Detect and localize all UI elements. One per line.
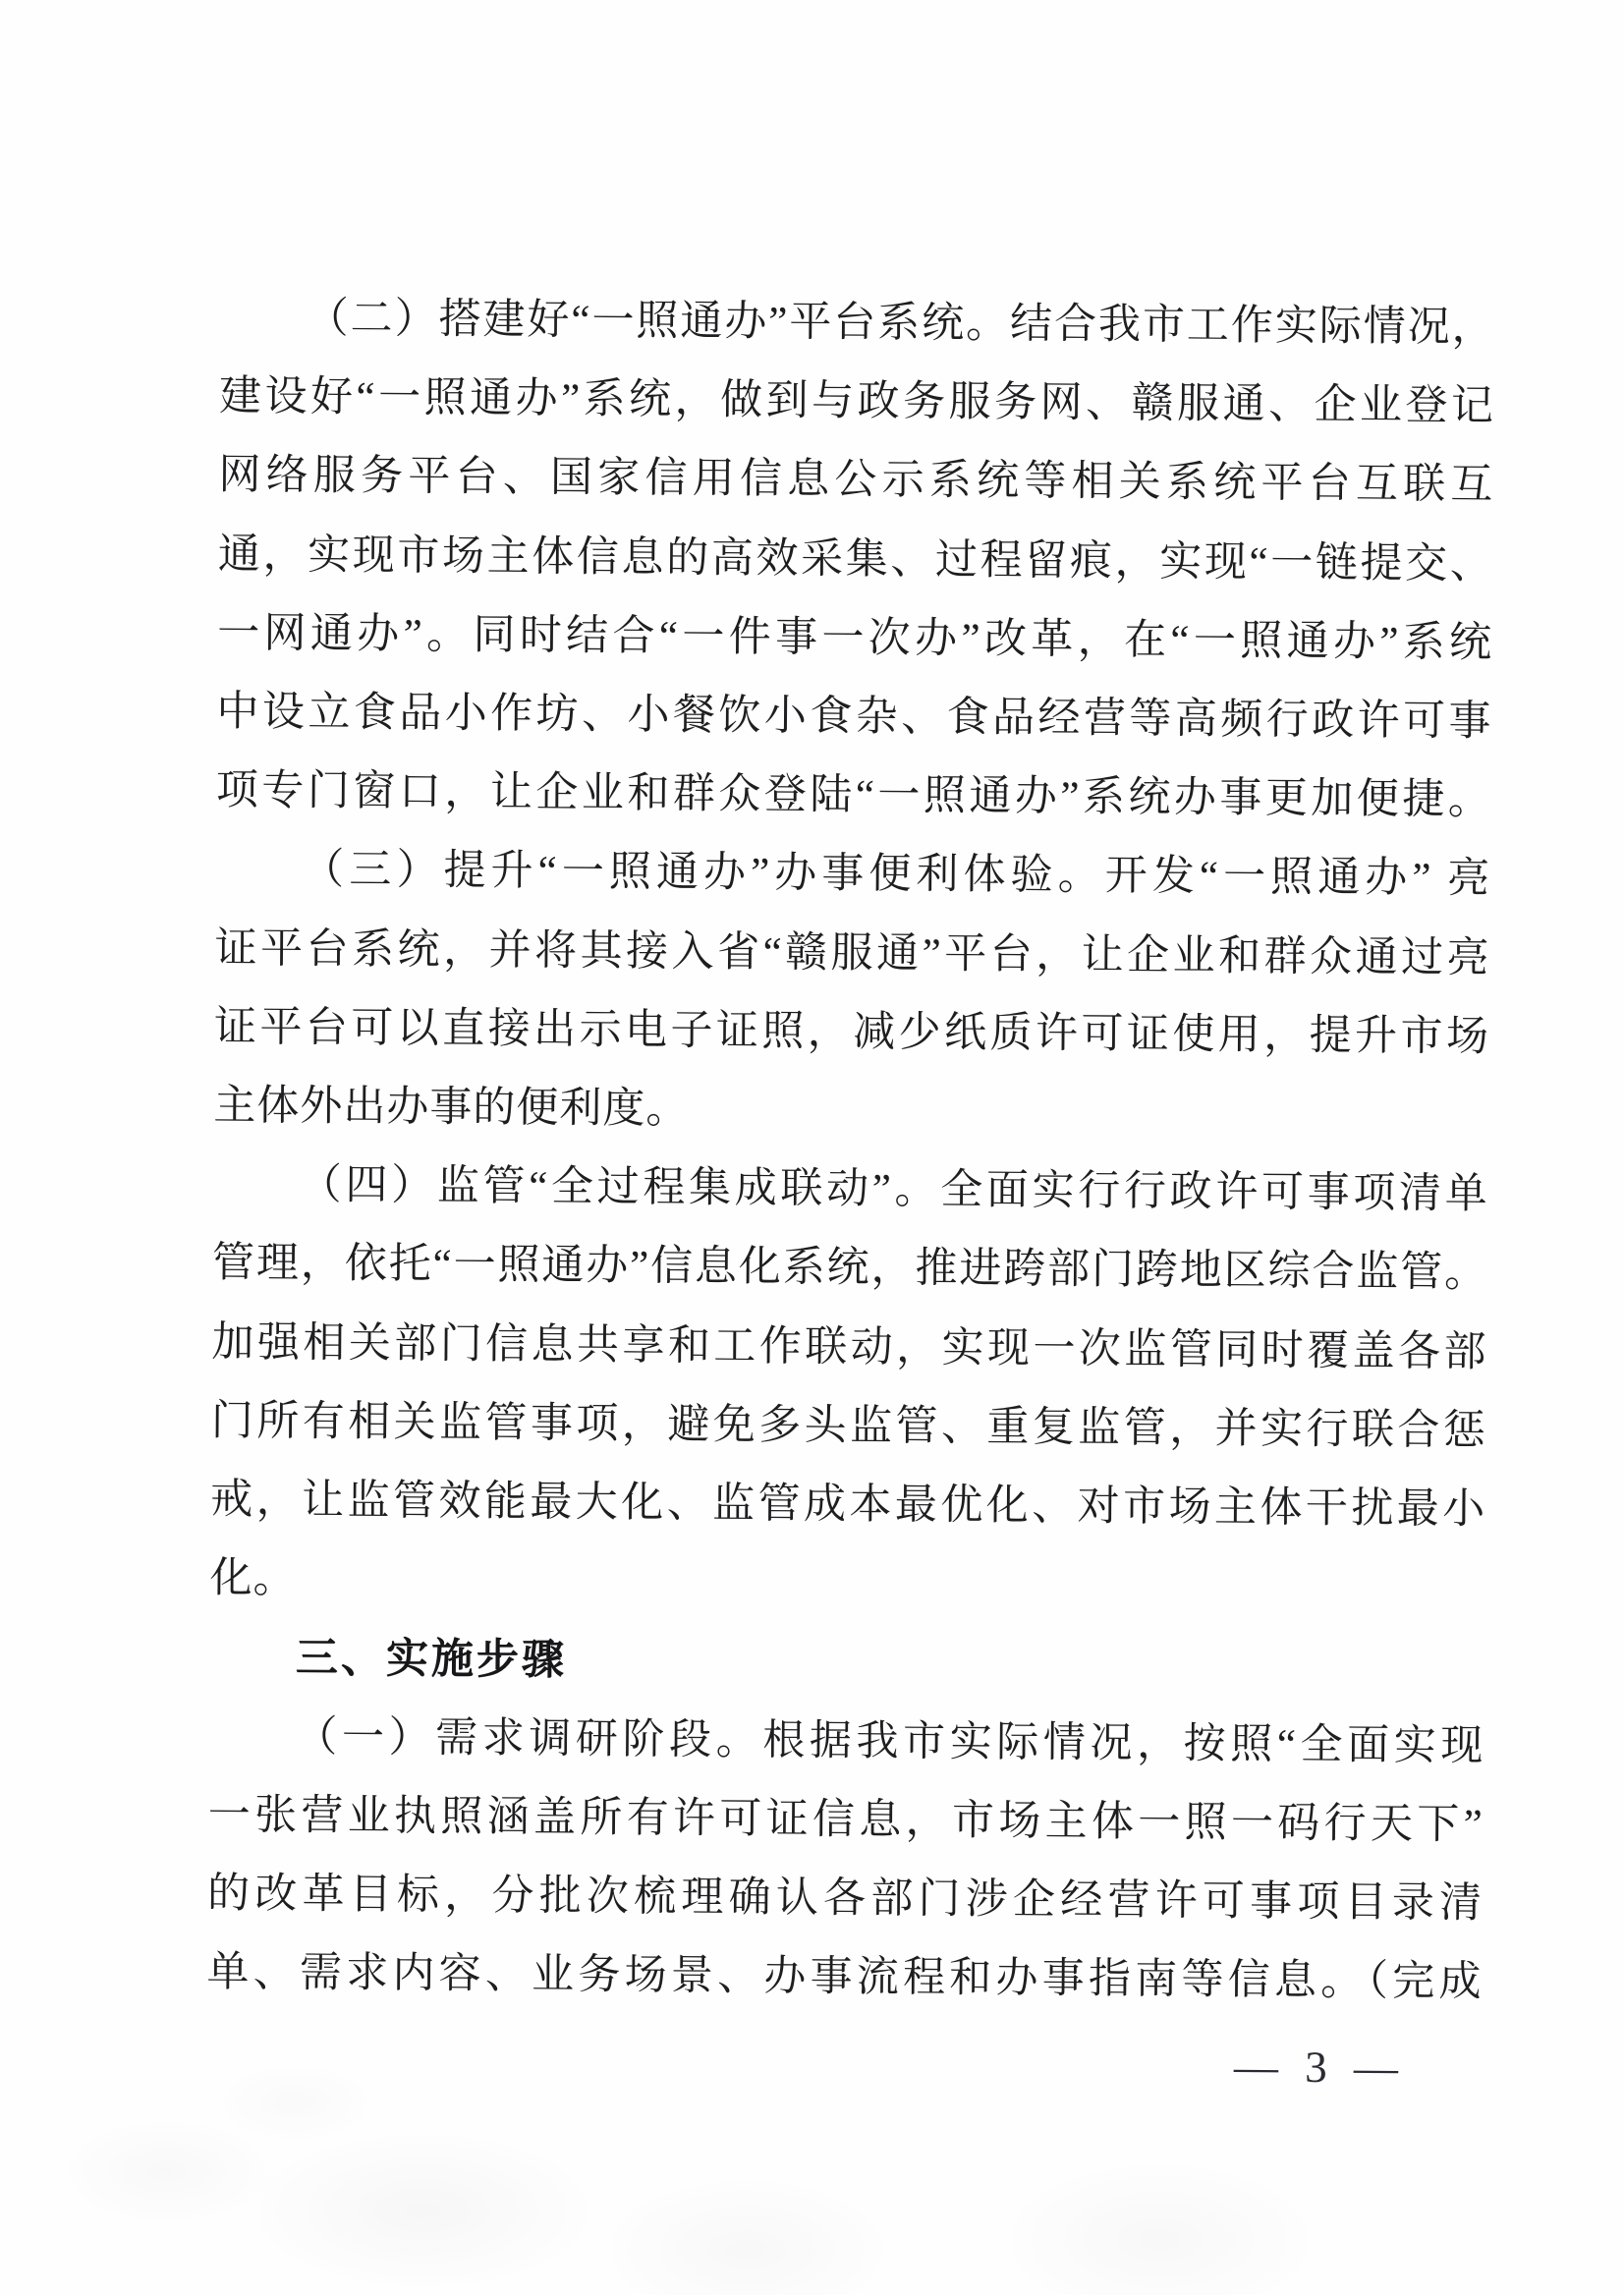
paragraph-line: 的改革目标，分批次梳理确认各部门涉企经营许可事项目录清 xyxy=(207,1855,1484,1943)
paragraph-line: （三）提升“一照通办”办事便利体验。开发“一照通办” 亮 xyxy=(215,830,1491,919)
paragraph-line: （二）搭建好“一照通办”平台系统。结合我市工作实际情况， xyxy=(219,279,1495,367)
paragraph-line: 单、需求内容、业务场景、办事流程和办事指南等信息。（完成 xyxy=(206,1933,1483,2022)
paragraph-line: 一张营业执照涵盖所有许可证信息，市场主体一照一码行天下” xyxy=(207,1776,1484,1865)
paragraph-line: 中设立食品小作坊、小餐饮小食杂、食品经营等高频行政许可事 xyxy=(216,673,1492,761)
paragraph-line: 一网通办”。同时结合“一件事一次办”改革，在“一照通办”系统 xyxy=(217,594,1493,683)
page-number: — 3 — xyxy=(1234,2041,1406,2093)
section-heading: 三、实施步骤 xyxy=(209,1618,1485,1707)
paragraph-line: 建设好“一照通办”系统，做到与政务服务网、赣服通、企业登记 xyxy=(219,358,1495,446)
paragraph-line: 门所有相关监管事项，避免多头监管、重复监管，并实行联合惩 xyxy=(211,1382,1487,1471)
paragraph-line: 管理，依托“一照通办”信息化系统，推进跨部门跨地区综合监管。 xyxy=(212,1224,1488,1313)
paragraph-line: 证平台可以直接出示电子证照，减少纸质许可证使用，提升市场 xyxy=(214,988,1490,1077)
paragraph-line: 证平台系统，并将其接入省“赣服通”平台，让企业和群众通过亮 xyxy=(214,910,1490,998)
paragraph-line: 化。 xyxy=(209,1539,1485,1628)
paragraph-line: 加强相关部门信息共享和工作联动，实现一次监管同时覆盖各部 xyxy=(211,1304,1487,1392)
paragraph-line: 项专门窗口，让企业和群众登陆“一照通办”系统办事更加便捷。 xyxy=(216,752,1492,840)
paragraph-line: 通，实现市场主体信息的高效采集、过程留痕，实现“一链提交、 xyxy=(217,516,1493,604)
document-body: （二）搭建好“一照通办”平台系统。结合我市工作实际情况， 建设好“一照通办”系统… xyxy=(206,279,1495,2023)
paragraph-line: （四）监管“全过程集成联动”。全面实行行政许可事项清单 xyxy=(212,1146,1488,1234)
paragraph-line: 网络服务平台、国家信用信息公示系统等相关系统平台互联互 xyxy=(218,436,1494,525)
document-page: （二）搭建好“一照通办”平台系统。结合我市工作实际情况， 建设好“一照通办”系统… xyxy=(0,0,1624,2295)
paragraph-line: 戒，让监管效能最大化、监管成本最优化、对市场主体干扰最小 xyxy=(210,1461,1486,1549)
paragraph-line: （一）需求调研阶段。根据我市实际情况，按照“全面实现 xyxy=(208,1698,1484,1786)
paragraph-line: 主体外出办事的便利度。 xyxy=(213,1067,1489,1155)
